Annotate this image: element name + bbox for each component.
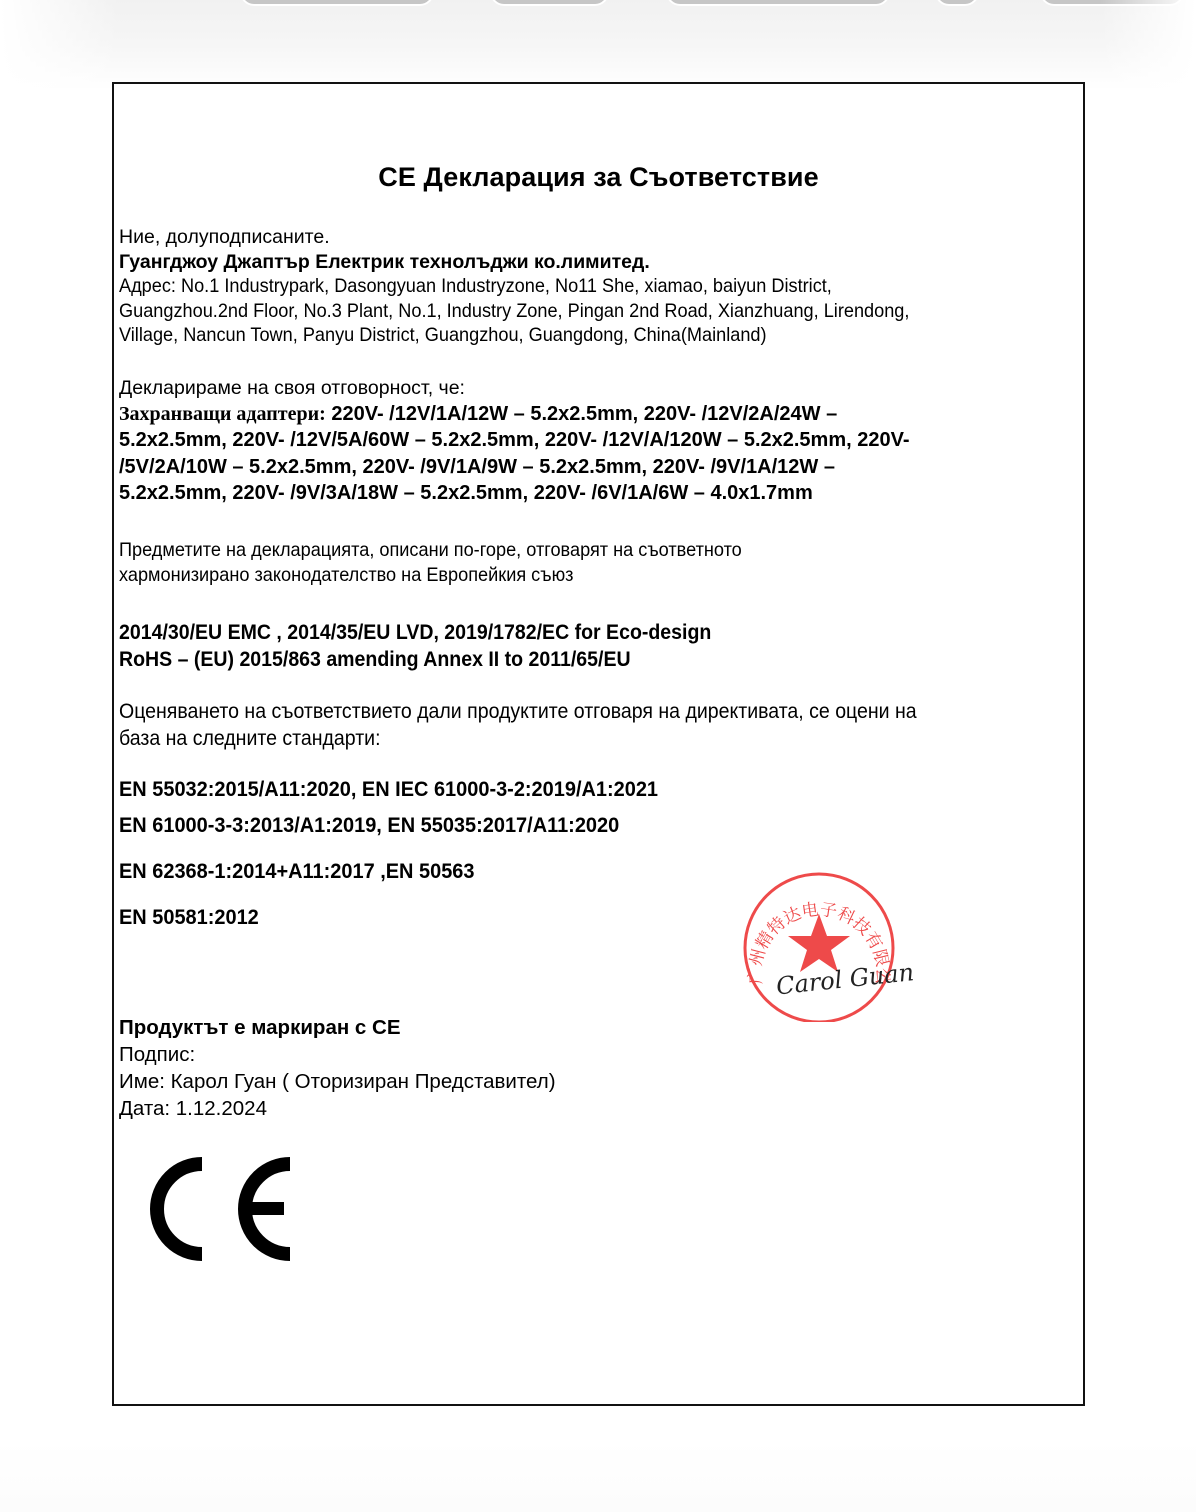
declare-intro: Декларираме на своя отговорност, че:	[119, 376, 1069, 401]
declaration-document: CE Декларация за Съответствие Ние, долуп…	[112, 82, 1085, 1406]
signature-section: Продуктът е маркиран с CE Подпис: Име: К…	[119, 1014, 1069, 1122]
signer-name: Име: Карол Гуан ( Оторизиран Представите…	[119, 1068, 1069, 1095]
company-name: Гуангджоу Джаптър Електрик технолъджи ко…	[119, 250, 1069, 275]
standard-line-1: EN 55032:2015/A11:2020, EN IEC 61000-3-2…	[119, 778, 658, 802]
standard-line-3: EN 62368-1:2014+A11:2017 ,EN 50563	[119, 860, 474, 884]
standard-line-4: EN 50581:2012	[119, 906, 259, 930]
address-line-1: Адрес: No.1 Industrypark, Dasongyuan Ind…	[119, 274, 1003, 299]
product-line-1: Захранващи адаптери: 220V- /12V/1A/12W –…	[119, 401, 1069, 428]
conformity-line-2: хармонизирано законодателство на Европей…	[119, 563, 1003, 588]
signature-label: Подпис:	[119, 1041, 1069, 1068]
ce-mark-icon	[144, 1156, 294, 1262]
assessment-line-1: Оценяването на съответствието дали проду…	[119, 698, 1003, 725]
company-stamp-icon: 广州精特达电子科技有限公司 Carol Guan	[724, 872, 914, 1022]
conformity-section: Предметите на декларацията, описани по-г…	[119, 538, 1069, 587]
address-line-2: Guangzhou.2nd Floor, No.3 Plant, No.1, I…	[119, 299, 1003, 324]
address-line-3: Village, Nancun Town, Panyu District, Gu…	[119, 323, 1003, 348]
conformity-line-1: Предметите на декларацията, описани по-г…	[119, 538, 1003, 563]
product-line-3: /5V/2A/10W – 5.2x2.5mm, 220V- /9V/1A/9W …	[119, 454, 1069, 481]
page-bottom-shadow	[0, 1440, 1196, 1512]
product-line-4: 5.2x2.5mm, 220V- /9V/3A/18W – 5.2x2.5mm,…	[119, 480, 1069, 507]
company-section: Ние, долуподписаните. Гуангджоу Джаптър …	[119, 225, 1069, 348]
ce-marked-text: Продуктът е маркиран с CE	[119, 1014, 1069, 1041]
document-title: CE Декларация за Съответствие	[114, 162, 1083, 193]
product-section: Декларираме на своя отговорност, че: Зах…	[119, 376, 1069, 507]
assessment-line-2: база на следните стандарти:	[119, 725, 1003, 752]
directives-section: 2014/30/EU EMC , 2014/35/EU LVD, 2019/17…	[119, 619, 1069, 673]
directive-line-2: RoHS – (EU) 2015/863 amending Annex II t…	[119, 646, 1003, 673]
intro-text: Ние, долуподписаните.	[119, 225, 1069, 250]
product-line-2: 5.2x2.5mm, 220V- /12V/5A/60W – 5.2x2.5mm…	[119, 427, 1069, 454]
directive-line-1: 2014/30/EU EMC , 2014/35/EU LVD, 2019/17…	[119, 619, 1003, 646]
svg-text:Carol Guan: Carol Guan	[775, 958, 914, 1000]
assessment-section: Оценяването на съответствието дали проду…	[119, 698, 1069, 752]
signature-date: Дата: 1.12.2024	[119, 1095, 1069, 1122]
standard-line-2: EN 61000-3-3:2013/A1:2019, EN 55035:2017…	[119, 814, 619, 838]
top-fade-edge	[0, 0, 1196, 90]
product-label: Захранващи адаптери:	[119, 403, 326, 425]
